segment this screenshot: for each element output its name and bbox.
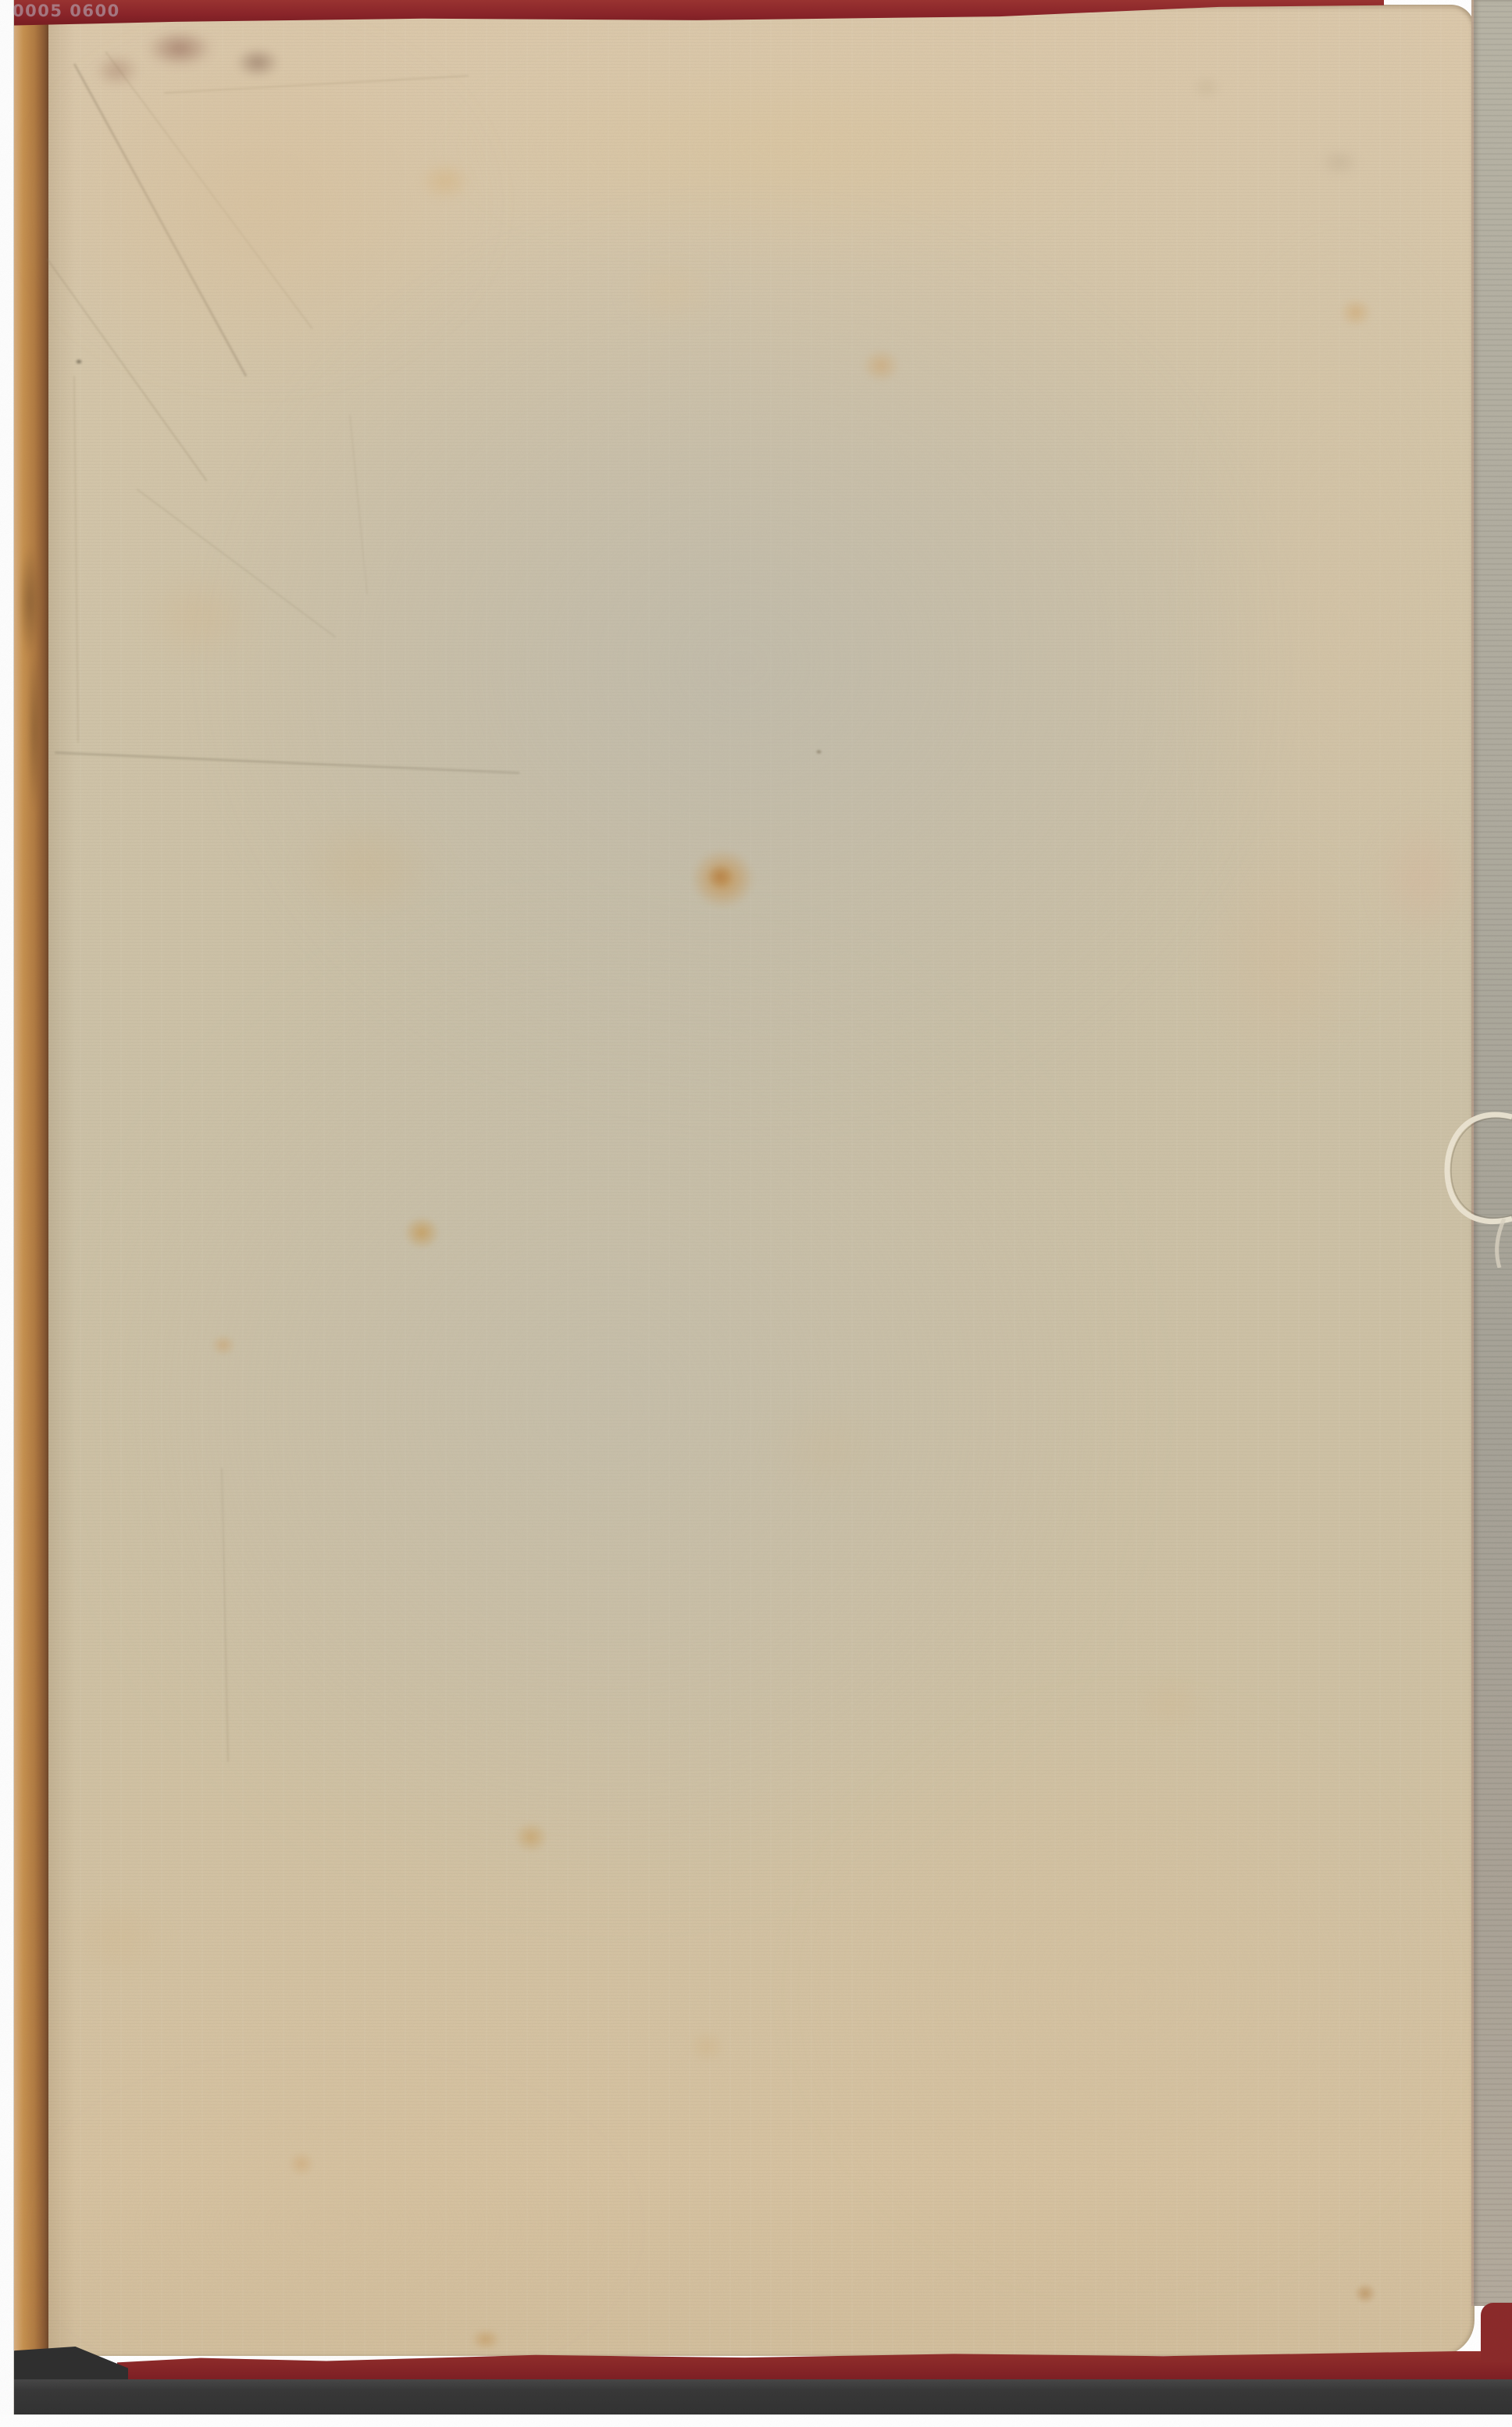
- scan-background-bottom: [0, 2415, 1512, 2427]
- scanner-bed-strip: [9, 2379, 1512, 2415]
- binding-edge: [12, 6, 48, 2351]
- digitization-stamp: 0005 0600: [12, 2, 120, 20]
- flyleaf-page: [39, 5, 1475, 2356]
- paper-clip: [1437, 1100, 1512, 1268]
- scan-background-left: [0, 0, 14, 2427]
- book-scan: 0005 0600: [0, 0, 1512, 2427]
- bottom-right-cover-corner: [1481, 2303, 1512, 2362]
